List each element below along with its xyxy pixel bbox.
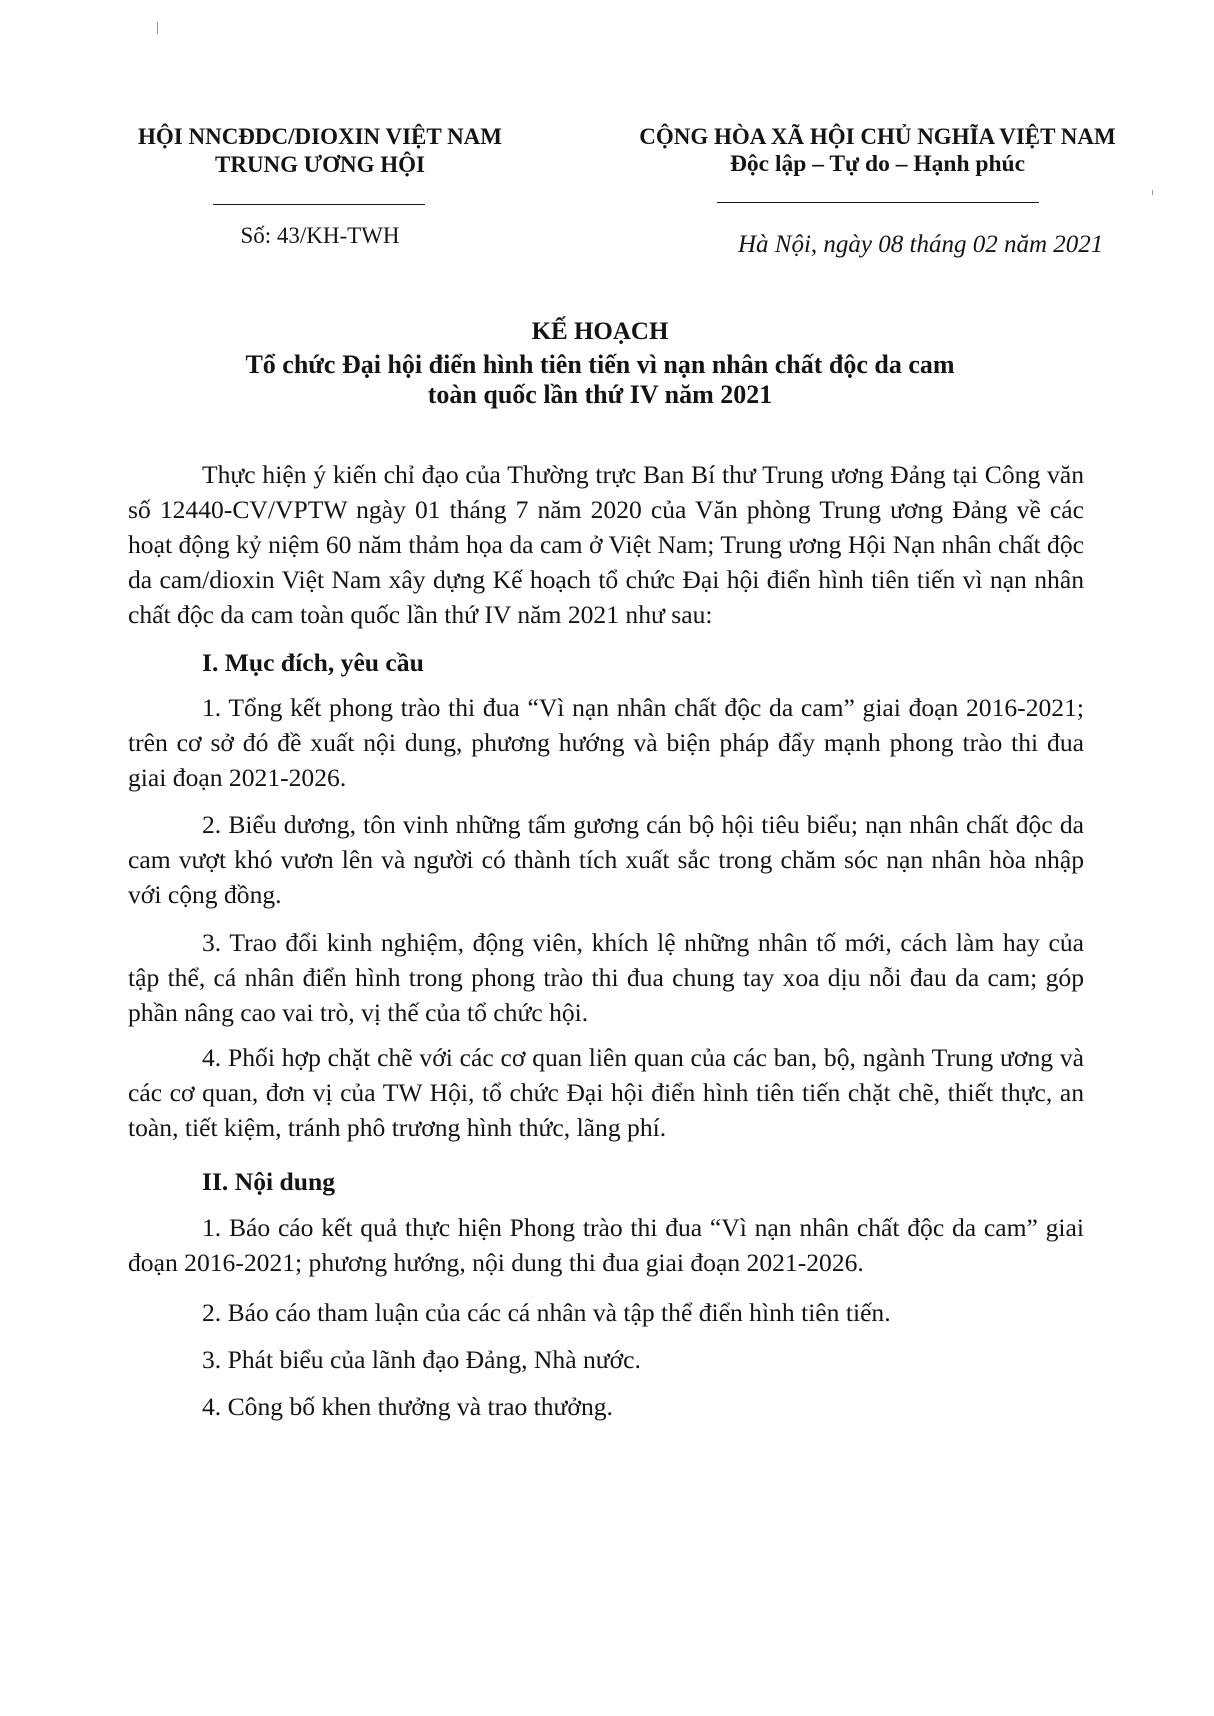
scan-mark xyxy=(157,22,158,34)
scan-mark xyxy=(1152,190,1153,195)
document-title: KẾ HOẠCH Tổ chức Đại hội điển hình tiên … xyxy=(100,317,1100,410)
national-heading: CỘNG HÒA XÃ HỘI CHỦ NGHĨA VIỆT NAM Độc l… xyxy=(590,123,1165,178)
section-heading: II. Nội dung xyxy=(128,1164,1084,1199)
place-date: Hà Nội, ngày 08 tháng 02 năm 2021 xyxy=(738,230,1103,260)
left-header-rule xyxy=(213,204,425,205)
section-item: 4. Công bố khen thưởng và trao thưởng. xyxy=(128,1389,1084,1424)
section-item: 3. Trao đổi kinh nghiệm, động viên, khíc… xyxy=(128,925,1084,1030)
national-motto: Độc lập – Tự do – Hạnh phúc xyxy=(590,151,1165,178)
section-heading: I. Mục đích, yêu cầu xyxy=(128,645,1084,680)
country-name: CỘNG HÒA XÃ HỘI CHỦ NGHĨA VIỆT NAM xyxy=(590,123,1165,150)
org-sub-name: TRUNG ƯƠNG HỘI xyxy=(100,151,540,178)
right-header-rule xyxy=(717,202,1039,203)
section-item: 2. Báo cáo tham luận của các cá nhân và … xyxy=(128,1295,1084,1330)
section-item: 3. Phát biểu của lãnh đạo Đảng, Nhà nước… xyxy=(128,1342,1084,1377)
section-item: 2. Biểu dương, tôn vinh những tấm gương … xyxy=(128,807,1084,912)
org-name: HỘI NNCĐDC/DIOXIN VIỆT NAM xyxy=(100,123,540,150)
document-subtitle-line1: Tổ chức Đại hội điển hình tiên tiến vì n… xyxy=(100,350,1100,380)
document-subtitle-line2: toàn quốc lần thứ IV năm 2021 xyxy=(100,380,1100,410)
section-item: 1. Báo cáo kết quả thực hiện Phong trào … xyxy=(128,1210,1084,1280)
intro-paragraph: Thực hiện ý kiến chỉ đạo của Thường trực… xyxy=(128,457,1084,632)
section-item: 1. Tổng kết phong trào thi đua “Vì nạn n… xyxy=(128,690,1084,795)
section-item: 4. Phối hợp chặt chẽ với các cơ quan liê… xyxy=(128,1040,1084,1145)
document-type: KẾ HOẠCH xyxy=(100,317,1100,347)
issuing-organization: HỘI NNCĐDC/DIOXIN VIỆT NAM TRUNG ƯƠNG HỘ… xyxy=(100,123,540,178)
document-number: Số: 43/KH-TWH xyxy=(100,222,540,249)
document-body: Thực hiện ý kiến chỉ đạo của Thường trực… xyxy=(128,457,1084,1424)
